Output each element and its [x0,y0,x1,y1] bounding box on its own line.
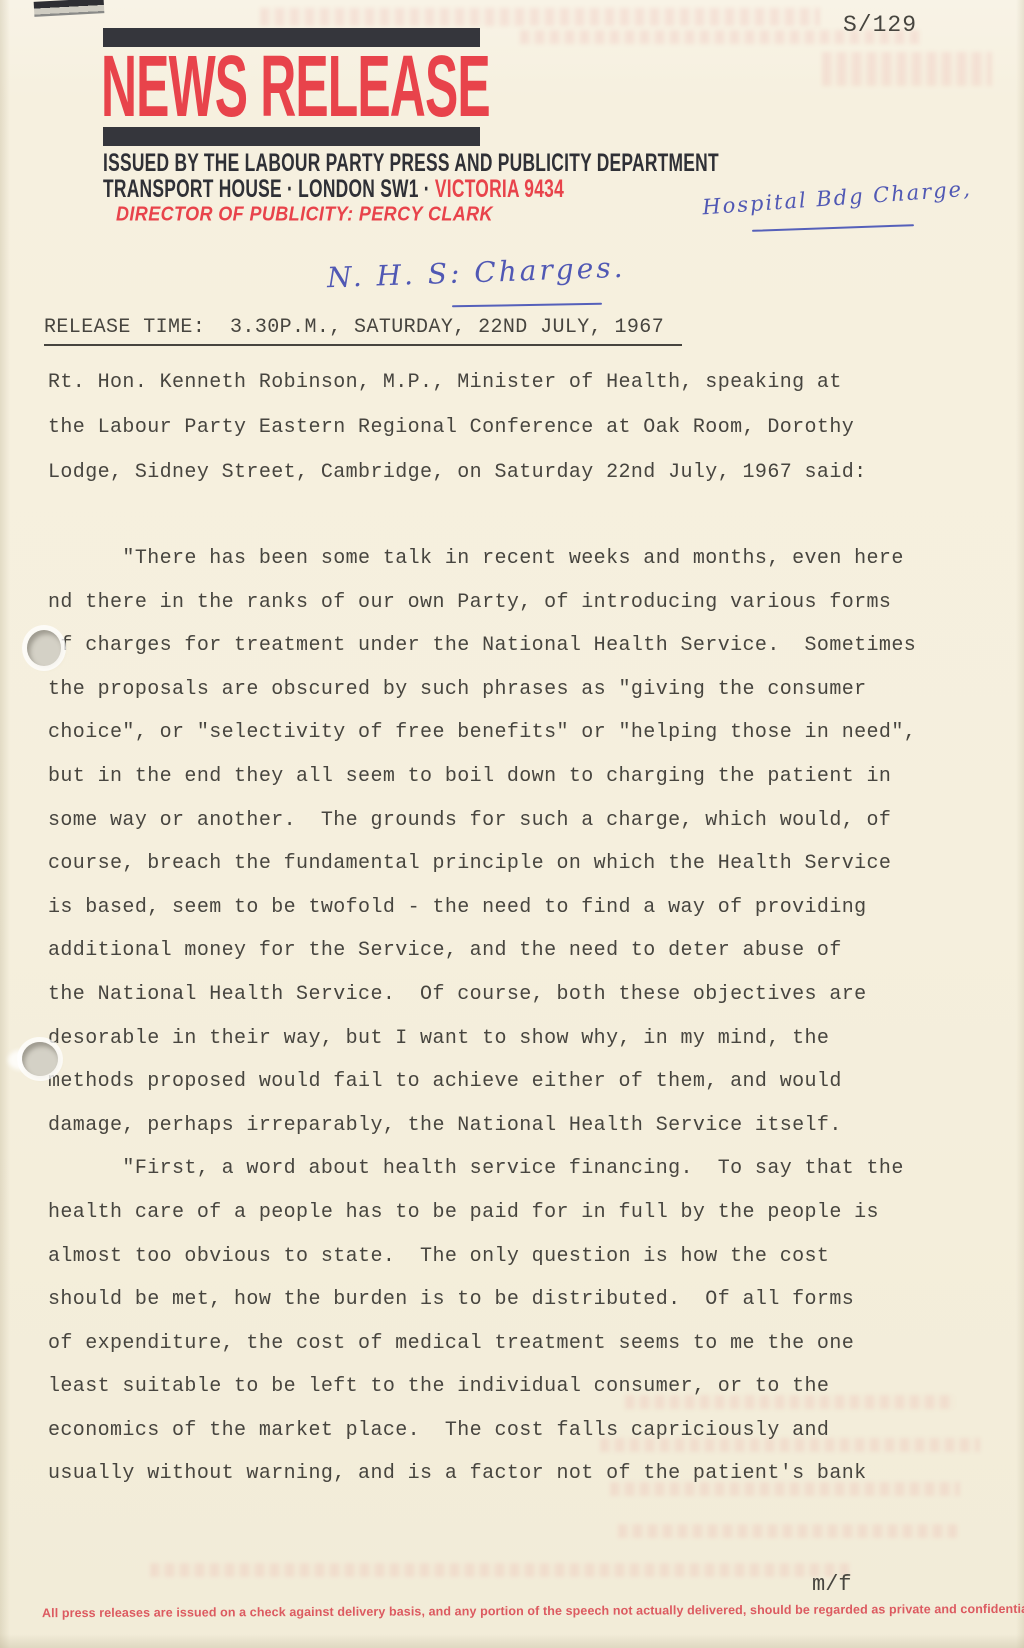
bleed-through-text [822,52,992,86]
scan-edge-shadow-bottom [0,1634,1024,1648]
scan-edge-shadow-right [1016,0,1024,1648]
handwritten-subject-note: N. H. S: Charges. [327,251,627,294]
bleed-through-text [260,8,820,26]
typist-initials: m/f [812,1572,852,1597]
press-release-page: S/129 NEWS RELEASE ISSUED BY THE LABOUR … [0,0,1024,1648]
director-of-publicity-line: DIRECTOR OF PUBLICITY: PERCY CLARK [116,203,493,224]
scan-corner-mark [34,0,105,17]
address-phone: VICTORIA 9434 [435,176,564,204]
masthead-title: NEWS RELEASE [101,44,490,131]
bleed-through-text [150,1563,850,1577]
handwritten-filing-note: Hospital Bdg Charge, [701,177,972,220]
scan-edge-shadow-left [0,0,10,1648]
handwritten-underline [752,224,914,232]
speech-body-text: "There has been some talk in recent week… [48,537,916,1496]
handwritten-underline [452,303,602,308]
address-black: TRANSPORT HOUSE · LONDON SW1 · [103,176,435,204]
issued-by-line: ISSUED BY THE LABOUR PARTY PRESS AND PUB… [103,151,719,176]
speaker-intro-paragraph: Rt. Hon. Kenneth Robinson, M.P., Ministe… [48,360,867,495]
footer-disclaimer: All press releases are issued on a check… [42,1602,1024,1620]
masthead-rule-bottom [103,127,480,146]
punch-hole [27,630,61,666]
release-time-line: RELEASE TIME: 3.30P.M., SATURDAY, 22ND J… [44,316,682,346]
bleed-through-text [618,1524,958,1538]
reference-number: S/129 [843,12,917,38]
address-line: TRANSPORT HOUSE · LONDON SW1 · VICTORIA … [103,177,564,202]
